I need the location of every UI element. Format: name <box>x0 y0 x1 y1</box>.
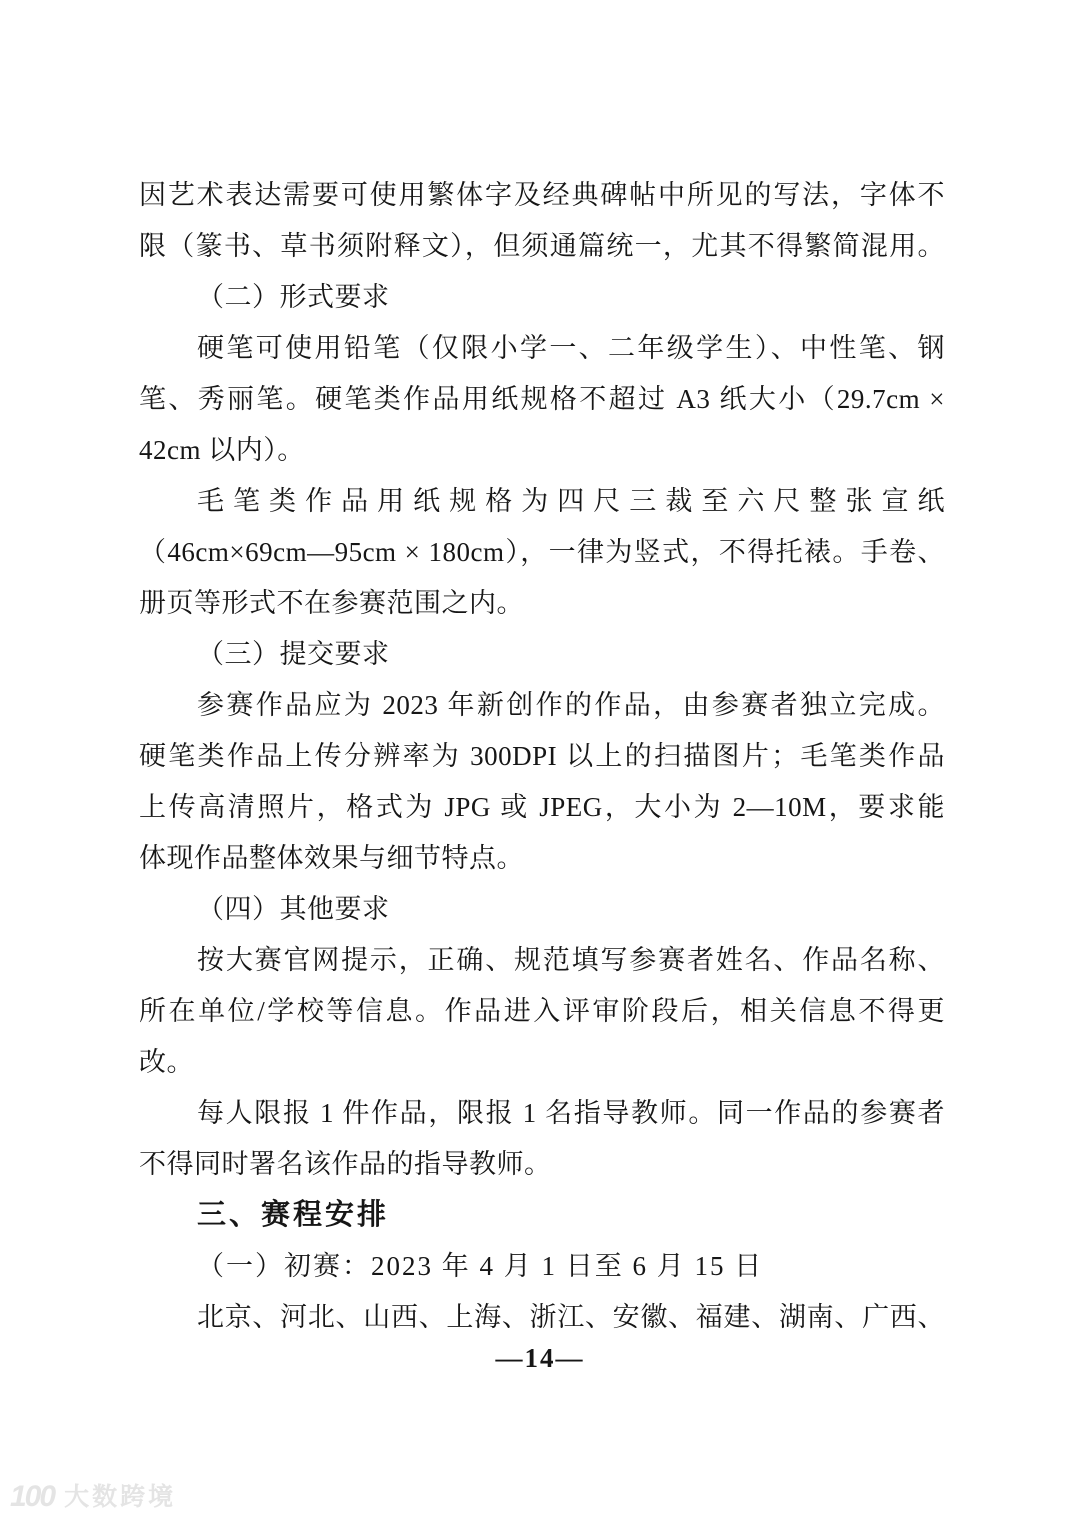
document-page: 因艺术表达需要可使用繁体字及经典碑帖中所见的写法，字体不 限（篆书、草书须附释文… <box>0 0 1080 1527</box>
watermark-100-logo-icon: 100 <box>10 1482 54 1512</box>
body-text-line: 毛笔类作品用纸规格为四尺三裁至六尺整张宣纸 <box>139 476 945 527</box>
section-heading-submission-requirements: （三）提交要求 <box>139 629 945 680</box>
body-text-line: 所在单位/学校等信息。作品进入评审阶段后，相关信息不得更 <box>139 986 945 1037</box>
body-text-line: 参赛作品应为 2023 年新创作的作品，由参赛者独立完成。 <box>139 680 945 731</box>
body-text-line: 硬笔类作品上传分辨率为 300DPI 以上的扫描图片；毛笔类作品 <box>139 731 945 782</box>
body-text-line: 42cm 以内）。 <box>139 425 945 476</box>
body-text-line: 每人限报 1 件作品，限报 1 名指导教师。同一作品的参赛者 <box>139 1088 945 1139</box>
section-heading-other-requirements: （四）其他要求 <box>139 884 945 935</box>
body-text-line: 不得同时署名该作品的指导教师。 <box>139 1139 945 1190</box>
document-body: 因艺术表达需要可使用繁体字及经典碑帖中所见的写法，字体不 限（篆书、草书须附释文… <box>139 170 945 1343</box>
body-text-line: 笔、秀丽笔。硬笔类作品用纸规格不超过 A3 纸大小（29.7cm × <box>139 374 945 425</box>
body-text-line: 限（篆书、草书须附释文），但须通篇统一，尤其不得繁简混用。 <box>139 221 945 272</box>
watermark-brand-text: 大数跨境 <box>64 1482 176 1512</box>
chapter-heading-schedule: 三、赛程安排 <box>139 1190 945 1241</box>
body-text-line: 按大赛官网提示，正确、规范填写参赛者姓名、作品名称、 <box>139 935 945 986</box>
schedule-item-preliminary-round: （一）初赛：2023 年 4 月 1 日至 6 月 15 日 <box>139 1241 945 1292</box>
watermark: 100 大数跨境 <box>10 1482 176 1512</box>
body-text-line: （46cm×69cm—95cm × 180cm），一律为竖式，不得托裱。手卷、 <box>139 527 945 578</box>
body-text-line: 册页等形式不在参赛范围之内。 <box>139 578 945 629</box>
body-text-line: 硬笔可使用铅笔（仅限小学一、二年级学生）、中性笔、钢 <box>139 323 945 374</box>
body-text-line: 改。 <box>139 1037 945 1088</box>
page-number: —14— <box>0 1336 1080 1380</box>
body-text-line: 上传高清照片，格式为 JPG 或 JPEG，大小为 2—10M，要求能 <box>139 782 945 833</box>
body-text-line: 体现作品整体效果与细节特点。 <box>139 833 945 884</box>
body-text-line: 因艺术表达需要可使用繁体字及经典碑帖中所见的写法，字体不 <box>139 170 945 221</box>
section-heading-form-requirements: （二）形式要求 <box>139 272 945 323</box>
